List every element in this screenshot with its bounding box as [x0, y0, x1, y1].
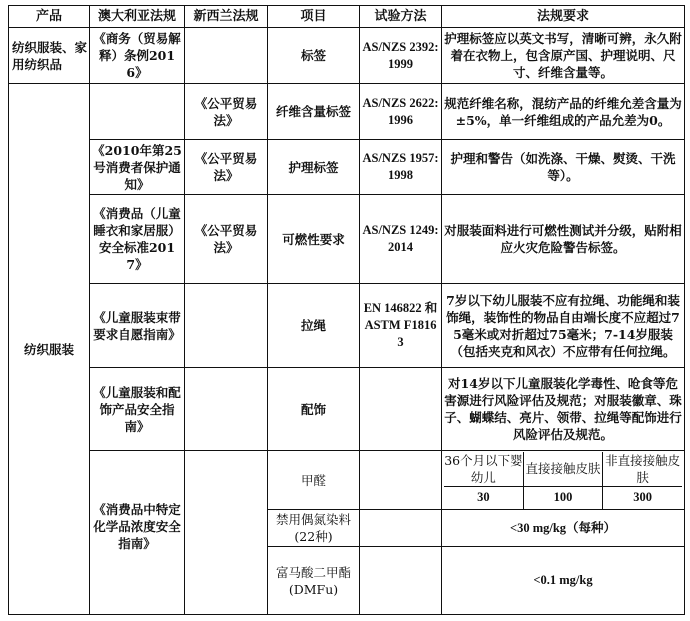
item-cell: 富马酸二甲酯(DMFu)	[268, 547, 360, 615]
nz-regulation-cell: 《公平贸易法》	[185, 140, 268, 195]
au-regulation-cell: 《儿童服装束带要求自愿指南》	[90, 284, 185, 368]
test-method-cell: AS/NZS 1957:1998	[360, 140, 442, 195]
item-cell: 可燃性要求	[268, 195, 360, 284]
au-regulation-cell: 《消费品中特定化学品浓度安全指南》	[90, 451, 185, 615]
header-item: 项目	[268, 6, 360, 28]
test-method-cell	[360, 451, 442, 510]
table-header-row: 产品 澳大利亚法规 新西兰法规 项目 试验方法 法规要求	[9, 6, 685, 28]
header-nz-regulation: 新西兰法规	[185, 6, 268, 28]
requirement-cell: 护理标签应以英文书写，清晰可辨，永久附着在衣物上，包含原产国、护理说明、尺寸、纤…	[442, 28, 685, 84]
product-cell: 纺织服装、家用纺织品	[9, 28, 90, 84]
formaldehyde-value: 300	[603, 486, 682, 509]
header-product: 产品	[9, 6, 90, 28]
nz-regulation-cell: 《公平贸易法》	[185, 195, 268, 284]
test-method-cell: AS/NZS 1249:2014	[360, 195, 442, 284]
item-cell: 标签	[268, 28, 360, 84]
header-test-method: 试验方法	[360, 6, 442, 28]
nz-regulation-cell	[185, 368, 268, 451]
au-regulation-cell: 《儿童服装和配饰产品安全指南》	[90, 368, 185, 451]
nz-regulation-cell	[185, 28, 268, 84]
au-regulation-cell: 《商务（贸易解释）条例2016》	[90, 28, 185, 84]
test-method-cell: AS/NZS 2392:1999	[360, 28, 442, 84]
table-row: 《消费品（儿童睡衣和家居服）安全标准2017》 《公平贸易法》 可燃性要求 AS…	[9, 195, 685, 284]
requirement-cell: 护理和警告（如洗涤、干燥、熨烫、干洗等）。	[442, 140, 685, 195]
test-method-cell: AS/NZS 2622:1996	[360, 84, 442, 140]
formaldehyde-limits: 36个月以下婴幼儿 直接接触皮肤 非直接接触皮肤 30 100 300	[442, 451, 685, 510]
requirement-cell: 7岁以下幼儿服装不应有拉绳、功能绳和装饰绳，装饰性的物品自由端长度不应超过75毫…	[442, 284, 685, 368]
test-method-cell	[360, 547, 442, 615]
au-regulation-cell: 《消费品（儿童睡衣和家居服）安全标准2017》	[90, 195, 185, 284]
table-row: 《儿童服装和配饰产品安全指南》 配饰 对14岁以下儿童服装化学毒性、呛食等危害源…	[9, 368, 685, 451]
item-cell: 甲醛	[268, 451, 360, 510]
test-method-cell	[360, 368, 442, 451]
formaldehyde-value: 30	[444, 486, 523, 509]
requirement-cell: 对14岁以下儿童服装化学毒性、呛食等危害源进行风险评估及规范；对服装徽章、珠子、…	[442, 368, 685, 451]
test-method-cell: EN 146822 和 ASTM F18163	[360, 284, 442, 368]
header-au-regulation: 澳大利亚法规	[90, 6, 185, 28]
formaldehyde-value: 100	[523, 486, 602, 509]
table-row: 纺织服装、家用纺织品 《商务（贸易解释）条例2016》 标签 AS/NZS 23…	[9, 28, 685, 84]
formaldehyde-subtable: 36个月以下婴幼儿 直接接触皮肤 非直接接触皮肤 30 100 300	[444, 452, 682, 509]
test-method-cell	[360, 510, 442, 547]
item-cell: 拉绳	[268, 284, 360, 368]
nz-regulation-cell	[185, 284, 268, 368]
table-row: 《儿童服装束带要求自愿指南》 拉绳 EN 146822 和 ASTM F1816…	[9, 284, 685, 368]
formaldehyde-category: 直接接触皮肤	[523, 452, 602, 487]
item-cell: 护理标签	[268, 140, 360, 195]
item-cell: 纤维含量标签	[268, 84, 360, 140]
requirement-cell: 规范纤维名称，混纺产品的纤维允差含量为±5%，单一纤维组成的产品允差为0。	[442, 84, 685, 140]
table-row: 《消费品中特定化学品浓度安全指南》 甲醛 36个月以下婴幼儿 直接接触皮肤 非直…	[9, 451, 685, 510]
table-row: 纺织服装 《公平贸易法》 纤维含量标签 AS/NZS 2622:1996 规范纤…	[9, 84, 685, 140]
formaldehyde-category: 36个月以下婴幼儿	[444, 452, 523, 487]
table-row: 《2010年第25号消费者保护通知》 《公平贸易法》 护理标签 AS/NZS 1…	[9, 140, 685, 195]
item-cell: 禁用偶氮染料(22种)	[268, 510, 360, 547]
requirement-cell: <0.1 mg/kg	[442, 547, 685, 615]
regulations-table: 产品 澳大利亚法规 新西兰法规 项目 试验方法 法规要求 纺织服装、家用纺织品 …	[8, 5, 685, 615]
item-cell: 配饰	[268, 368, 360, 451]
formaldehyde-category: 非直接接触皮肤	[603, 452, 682, 487]
au-regulation-cell: 《2010年第25号消费者保护通知》	[90, 140, 185, 195]
nz-regulation-cell: 《公平贸易法》	[185, 84, 268, 140]
nz-regulation-cell	[185, 451, 268, 615]
au-regulation-cell	[90, 84, 185, 140]
product-cell: 纺织服装	[9, 84, 90, 615]
requirement-cell: 对服装面料进行可燃性测试并分级，贴附相应火灾危险警告标签。	[442, 195, 685, 284]
requirement-cell: <30 mg/kg（每种）	[442, 510, 685, 547]
header-requirement: 法规要求	[442, 6, 685, 28]
